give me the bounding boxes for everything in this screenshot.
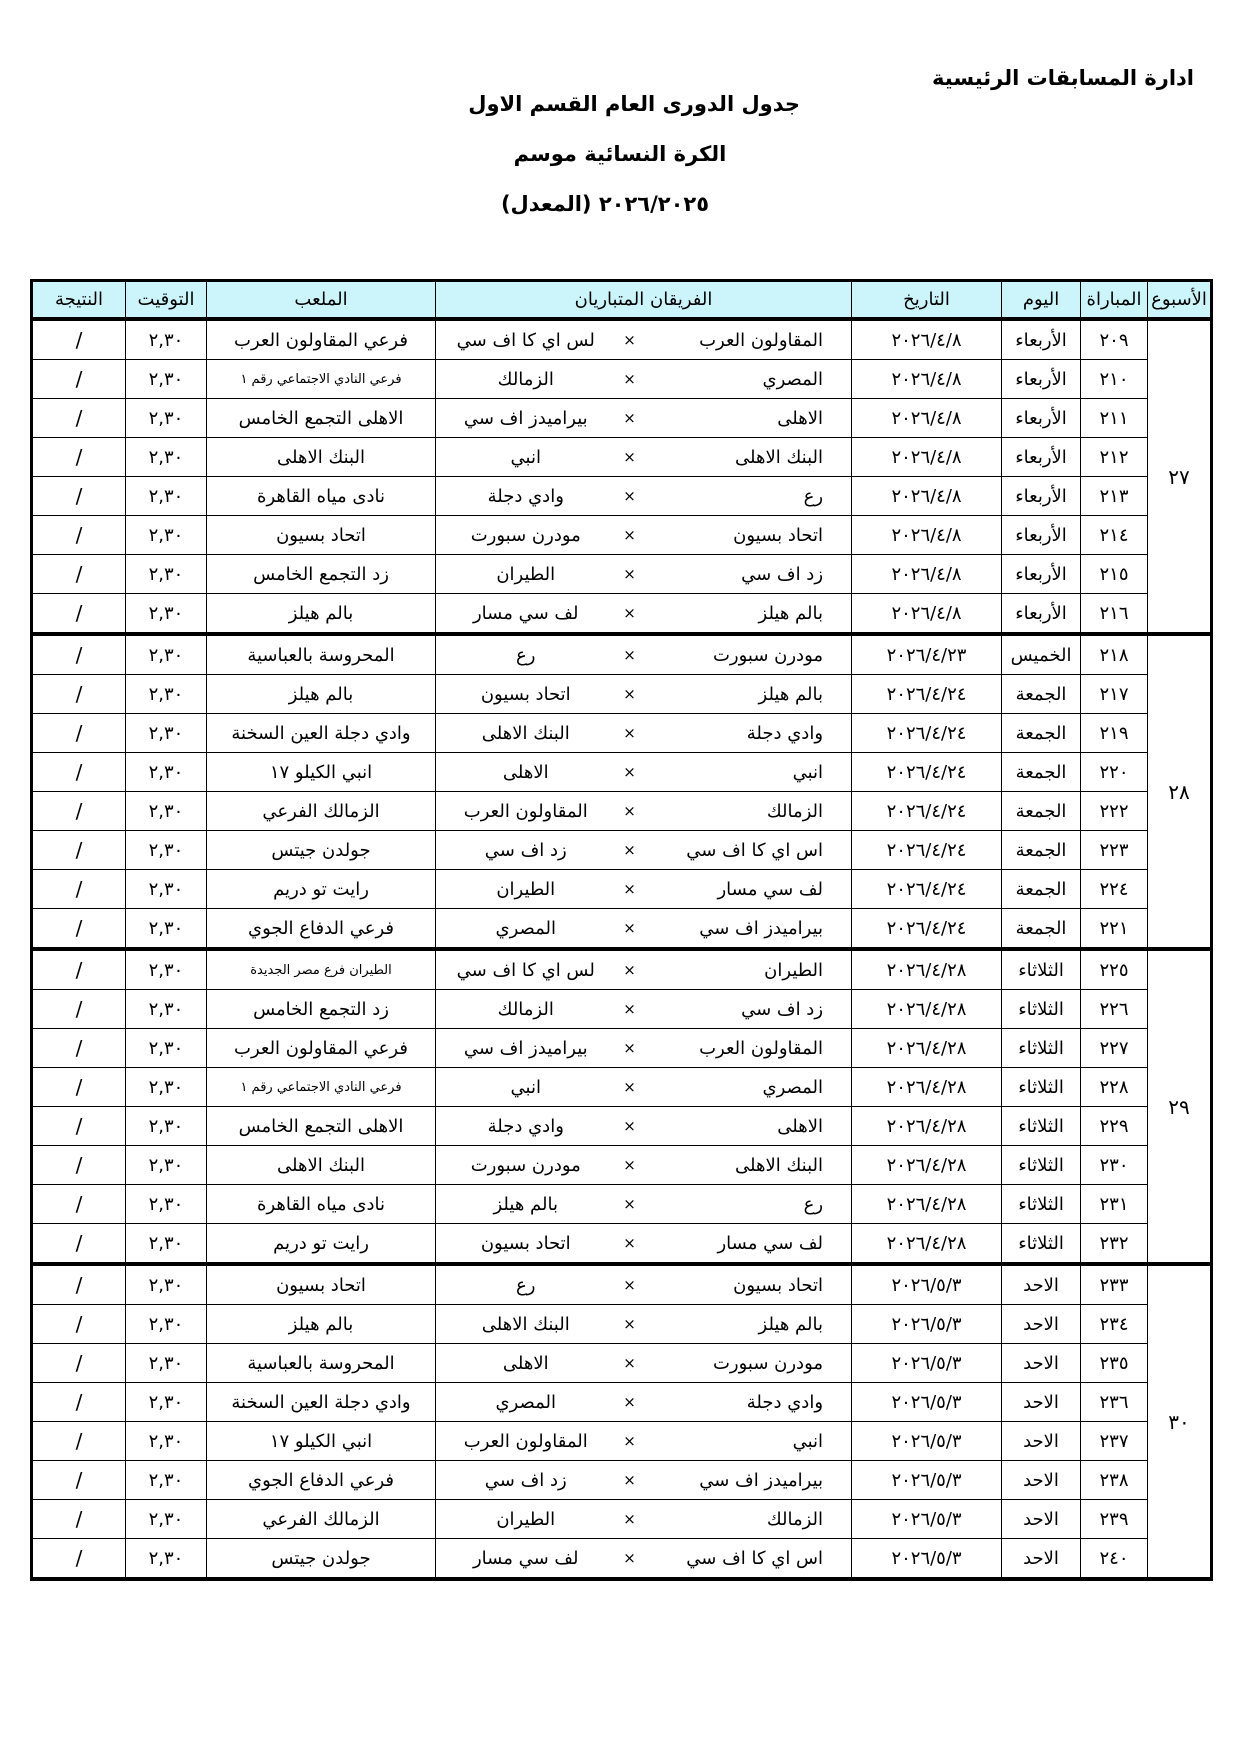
match-day: الثلاثاء [1002, 949, 1081, 990]
match-number: ٢٢٤ [1081, 870, 1148, 909]
stadium: المحروسة بالعباسية [207, 1344, 436, 1383]
table-row: ٢٤٠الاحد٢٠٢٦/٥/٣اس اي كا اف سي×لف سي مسا… [32, 1539, 1212, 1580]
match-result: / [32, 1383, 126, 1422]
stadium: بالم هيلز [207, 1305, 436, 1344]
table-row: ٢٢٢الجمعة٢٠٢٦/٤/٢٤الزمالك×المقاولون العر… [32, 792, 1212, 831]
match-date: ٢٠٢٦/٤/٨ [852, 319, 1002, 360]
stadium: جولدن جيتس [207, 1539, 436, 1580]
vs-icon: × [616, 399, 644, 438]
home-team: انبي [644, 1422, 852, 1461]
match-day: الجمعة [1002, 909, 1081, 950]
title-line-2: الكرة النسائية موسم [490, 142, 750, 166]
home-team: وادي دجلة [644, 1383, 852, 1422]
table-row: ٢١٤الأربعاء٢٠٢٦/٤/٨اتحاد بسيون×مودرن سبو… [32, 516, 1212, 555]
match-time: ٢,٣٠ [126, 714, 207, 753]
match-number: ٢١٢ [1081, 438, 1148, 477]
vs-icon: × [616, 1500, 644, 1539]
match-result: / [32, 831, 126, 870]
away-team: بالم هيلز [436, 1185, 616, 1224]
table-row: ٢٧٢٠٩الأربعاء٢٠٢٦/٤/٨المقاولون العرب×لس … [32, 319, 1212, 360]
match-result: / [32, 1029, 126, 1068]
match-result: / [32, 753, 126, 792]
stadium: البنك الاهلى [207, 1146, 436, 1185]
week-number: ٢٧ [1148, 319, 1212, 634]
home-team: الاهلى [644, 1107, 852, 1146]
vs-icon: × [616, 753, 644, 792]
stadium: وادي دجلة العين السخنة [207, 714, 436, 753]
match-day: الجمعة [1002, 870, 1081, 909]
week-number: ٢٩ [1148, 949, 1212, 1264]
home-team: مودرن سبورت [644, 634, 852, 675]
match-day: الاحد [1002, 1500, 1081, 1539]
match-date: ٢٠٢٦/٥/٣ [852, 1539, 1002, 1580]
match-day: الثلاثاء [1002, 1146, 1081, 1185]
match-time: ٢,٣٠ [126, 1305, 207, 1344]
match-result: / [32, 634, 126, 675]
match-number: ٢٣٩ [1081, 1500, 1148, 1539]
match-day: الأربعاء [1002, 399, 1081, 438]
away-team: اتحاد بسيون [436, 1224, 616, 1265]
match-number: ٢١٨ [1081, 634, 1148, 675]
match-date: ٢٠٢٦/٤/٢٨ [852, 1029, 1002, 1068]
vs-icon: × [616, 675, 644, 714]
match-date: ٢٠٢٦/٤/٢٨ [852, 1107, 1002, 1146]
col-date: التاريخ [852, 281, 1002, 320]
match-date: ٢٠٢٦/٤/٨ [852, 360, 1002, 399]
match-number: ٢٢٧ [1081, 1029, 1148, 1068]
vs-icon: × [616, 634, 644, 675]
away-team: لف سي مسار [436, 1539, 616, 1580]
table-row: ٢٣٦الاحد٢٠٢٦/٥/٣وادي دجلة×المصريوادي دجل… [32, 1383, 1212, 1422]
stadium: رايت تو دريم [207, 870, 436, 909]
stadium: وادي دجلة العين السخنة [207, 1383, 436, 1422]
match-number: ٢٣٦ [1081, 1383, 1148, 1422]
match-number: ٢٢٩ [1081, 1107, 1148, 1146]
home-team: مودرن سبورت [644, 1344, 852, 1383]
table-row: ٢٢٣الجمعة٢٠٢٦/٤/٢٤اس اي كا اف سي×زد اف س… [32, 831, 1212, 870]
match-time: ٢,٣٠ [126, 753, 207, 792]
away-team: البنك الاهلى [436, 1305, 616, 1344]
match-time: ٢,٣٠ [126, 990, 207, 1029]
match-date: ٢٠٢٦/٤/٢٤ [852, 831, 1002, 870]
match-result: / [32, 1264, 126, 1305]
vs-icon: × [616, 1146, 644, 1185]
match-result: / [32, 399, 126, 438]
match-time: ٢,٣٠ [126, 594, 207, 635]
match-number: ٢٢٠ [1081, 753, 1148, 792]
away-team: مودرن سبورت [436, 1146, 616, 1185]
away-team: الزمالك [436, 990, 616, 1029]
match-time: ٢,٣٠ [126, 1029, 207, 1068]
home-team: لف سي مسار [644, 870, 852, 909]
match-date: ٢٠٢٦/٤/٢٤ [852, 675, 1002, 714]
match-day: الخميس [1002, 634, 1081, 675]
match-time: ٢,٣٠ [126, 1344, 207, 1383]
match-day: الجمعة [1002, 831, 1081, 870]
table-row: ٢٣٩الاحد٢٠٢٦/٥/٣الزمالك×الطيرانالزمالك ا… [32, 1500, 1212, 1539]
match-number: ٢٢٥ [1081, 949, 1148, 990]
home-team: المقاولون العرب [644, 1029, 852, 1068]
vs-icon: × [616, 1422, 644, 1461]
home-team: المقاولون العرب [644, 319, 852, 360]
table-row: ٢٣٤الاحد٢٠٢٦/٥/٣بالم هيلز×البنك الاهلىبا… [32, 1305, 1212, 1344]
stadium: الزمالك الفرعي [207, 1500, 436, 1539]
away-team: لس اي كا اف سي [436, 949, 616, 990]
match-date: ٢٠٢٦/٥/٣ [852, 1383, 1002, 1422]
stadium: فرعي المقاولون العرب [207, 319, 436, 360]
home-team: وادي دجلة [644, 714, 852, 753]
table-row: ٢١٣الأربعاء٢٠٢٦/٤/٨رع×وادي دجلةنادى مياه… [32, 477, 1212, 516]
away-team: رع [436, 634, 616, 675]
vs-icon: × [616, 714, 644, 753]
match-date: ٢٠٢٦/٤/٨ [852, 594, 1002, 635]
home-team: اس اي كا اف سي [644, 831, 852, 870]
match-result: / [32, 909, 126, 950]
match-result: / [32, 1068, 126, 1107]
match-result: / [32, 675, 126, 714]
vs-icon: × [616, 319, 644, 360]
match-number: ٢٣٢ [1081, 1224, 1148, 1265]
match-time: ٢,٣٠ [126, 1422, 207, 1461]
match-time: ٢,٣٠ [126, 1383, 207, 1422]
match-number: ٢١٤ [1081, 516, 1148, 555]
away-team: لس اي كا اف سي [436, 319, 616, 360]
home-team: بيراميدز اف سي [644, 1461, 852, 1500]
table-row: ٢٣٢الثلاثاء٢٠٢٦/٤/٢٨لف سي مسار×اتحاد بسي… [32, 1224, 1212, 1265]
away-team: انبي [436, 1068, 616, 1107]
table-header-row: الأسبوع المباراة اليوم التاريخ الفريقان … [32, 281, 1212, 320]
home-team: اتحاد بسيون [644, 1264, 852, 1305]
match-number: ٢٠٩ [1081, 319, 1148, 360]
match-result: / [32, 1146, 126, 1185]
stadium: المحروسة بالعباسية [207, 634, 436, 675]
match-day: الثلاثاء [1002, 990, 1081, 1029]
match-number: ٢١٩ [1081, 714, 1148, 753]
match-result: / [32, 438, 126, 477]
home-team: انبي [644, 753, 852, 792]
vs-icon: × [616, 1461, 644, 1500]
match-number: ٢١٥ [1081, 555, 1148, 594]
vs-icon: × [616, 831, 644, 870]
table-row: ٢٢٠الجمعة٢٠٢٦/٤/٢٤انبي×الاهلىانبي الكيلو… [32, 753, 1212, 792]
match-date: ٢٠٢٦/٤/٢٨ [852, 1146, 1002, 1185]
col-day: اليوم [1002, 281, 1081, 320]
match-number: ٢١٠ [1081, 360, 1148, 399]
stadium: انبي الكيلو ١٧ [207, 1422, 436, 1461]
match-number: ٢٢٨ [1081, 1068, 1148, 1107]
match-time: ٢,٣٠ [126, 634, 207, 675]
stadium: نادى مياه القاهرة [207, 477, 436, 516]
match-time: ٢,٣٠ [126, 1500, 207, 1539]
match-day: الاحد [1002, 1344, 1081, 1383]
vs-icon: × [616, 1029, 644, 1068]
match-time: ٢,٣٠ [126, 1107, 207, 1146]
week-number: ٣٠ [1148, 1264, 1212, 1579]
stadium: زد التجمع الخامس [207, 555, 436, 594]
match-day: الثلاثاء [1002, 1224, 1081, 1265]
away-team: رع [436, 1264, 616, 1305]
col-match: المباراة [1081, 281, 1148, 320]
match-number: ٢٢٦ [1081, 990, 1148, 1029]
away-team: زد اف سي [436, 831, 616, 870]
away-team: الزمالك [436, 360, 616, 399]
vs-icon: × [616, 1224, 644, 1265]
match-result: / [32, 990, 126, 1029]
schedule-table: الأسبوع المباراة اليوم التاريخ الفريقان … [30, 279, 1213, 1581]
match-number: ٢٣٧ [1081, 1422, 1148, 1461]
match-result: / [32, 949, 126, 990]
match-date: ٢٠٢٦/٤/٢٨ [852, 990, 1002, 1029]
away-team: الطيران [436, 870, 616, 909]
match-time: ٢,٣٠ [126, 1264, 207, 1305]
stadium: فرعي الدفاع الجوي [207, 1461, 436, 1500]
home-team: الاهلى [644, 399, 852, 438]
match-time: ٢,٣٠ [126, 870, 207, 909]
match-date: ٢٠٢٦/٤/٢٤ [852, 792, 1002, 831]
stadium: فرعي النادي الاجتماعي رقم ١ [207, 360, 436, 399]
vs-icon: × [616, 555, 644, 594]
away-team: لف سي مسار [436, 594, 616, 635]
away-team: الاهلى [436, 1344, 616, 1383]
match-time: ٢,٣٠ [126, 1146, 207, 1185]
stadium: بالم هيلز [207, 675, 436, 714]
title-line-1: جدول الدورى العام القسم الاول [470, 92, 800, 116]
table-row: ٢١٦الأربعاء٢٠٢٦/٤/٨بالم هيلز×لف سي مسارب… [32, 594, 1212, 635]
away-team: المصري [436, 909, 616, 950]
match-number: ٢٣٤ [1081, 1305, 1148, 1344]
stadium: بالم هيلز [207, 594, 436, 635]
home-team: البنك الاهلى [644, 1146, 852, 1185]
match-number: ٢٤٠ [1081, 1539, 1148, 1580]
match-result: / [32, 1500, 126, 1539]
match-date: ٢٠٢٦/٤/٢٨ [852, 1224, 1002, 1265]
match-date: ٢٠٢٦/٤/٢٨ [852, 1068, 1002, 1107]
vs-icon: × [616, 949, 644, 990]
vs-icon: × [616, 870, 644, 909]
table-row: ٢٣٠الثلاثاء٢٠٢٦/٤/٢٨البنك الاهلى×مودرن س… [32, 1146, 1212, 1185]
away-team: اتحاد بسيون [436, 675, 616, 714]
match-time: ٢,٣٠ [126, 360, 207, 399]
match-date: ٢٠٢٦/٥/٣ [852, 1344, 1002, 1383]
match-date: ٢٠٢٦/٥/٣ [852, 1422, 1002, 1461]
table-row: ٢٢٨الثلاثاء٢٠٢٦/٤/٢٨المصري×انبيفرعي النا… [32, 1068, 1212, 1107]
away-team: المقاولون العرب [436, 792, 616, 831]
match-time: ٢,٣٠ [126, 792, 207, 831]
table-row: ٢١١الأربعاء٢٠٢٦/٤/٨الاهلى×بيراميدز اف سي… [32, 399, 1212, 438]
vs-icon: × [616, 1185, 644, 1224]
match-date: ٢٠٢٦/٤/٨ [852, 555, 1002, 594]
home-team: رع [644, 477, 852, 516]
stadium: الزمالك الفرعي [207, 792, 436, 831]
col-time: التوقيت [126, 281, 207, 320]
match-number: ٢١٧ [1081, 675, 1148, 714]
home-team: الطيران [644, 949, 852, 990]
match-day: الأربعاء [1002, 319, 1081, 360]
col-result: النتيجة [32, 281, 126, 320]
match-time: ٢,٣٠ [126, 909, 207, 950]
vs-icon: × [616, 438, 644, 477]
stadium: اتحاد بسيون [207, 516, 436, 555]
match-day: الاحد [1002, 1383, 1081, 1422]
match-number: ٢٣٣ [1081, 1264, 1148, 1305]
organization-name: ادارة المسابقات الرئيسية [932, 66, 1194, 90]
match-result: / [32, 792, 126, 831]
vs-icon: × [616, 792, 644, 831]
match-time: ٢,٣٠ [126, 1461, 207, 1500]
col-teams: الفريقان المتباريان [436, 281, 852, 320]
match-day: الجمعة [1002, 753, 1081, 792]
match-result: / [32, 870, 126, 909]
match-day: الجمعة [1002, 714, 1081, 753]
away-team: زد اف سي [436, 1461, 616, 1500]
match-result: / [32, 594, 126, 635]
table-row: ٢٢٤الجمعة٢٠٢٦/٤/٢٤لف سي مسار×الطيرانرايت… [32, 870, 1212, 909]
vs-icon: × [616, 1107, 644, 1146]
vs-icon: × [616, 1305, 644, 1344]
table-row: ٢٢٩الثلاثاء٢٠٢٦/٤/٢٨الاهلى×وادي دجلةالاه… [32, 1107, 1212, 1146]
week-number: ٢٨ [1148, 634, 1212, 949]
stadium: جولدن جيتس [207, 831, 436, 870]
vs-icon: × [616, 516, 644, 555]
stadium: الاهلى التجمع الخامس [207, 399, 436, 438]
match-time: ٢,٣٠ [126, 1185, 207, 1224]
match-time: ٢,٣٠ [126, 1539, 207, 1580]
match-date: ٢٠٢٦/٤/٨ [852, 399, 1002, 438]
vs-icon: × [616, 1539, 644, 1580]
match-day: الاحد [1002, 1305, 1081, 1344]
table-row: ٢٣١الثلاثاء٢٠٢٦/٤/٢٨رع×بالم هيلزنادى ميا… [32, 1185, 1212, 1224]
match-result: / [32, 714, 126, 753]
match-number: ٢٣١ [1081, 1185, 1148, 1224]
match-time: ٢,٣٠ [126, 831, 207, 870]
away-team: بيراميدز اف سي [436, 399, 616, 438]
away-team: الطيران [436, 555, 616, 594]
stadium: نادى مياه القاهرة [207, 1185, 436, 1224]
home-team: بالم هيلز [644, 1305, 852, 1344]
match-number: ٢٣٠ [1081, 1146, 1148, 1185]
table-row: ٢١٠الأربعاء٢٠٢٦/٤/٨المصري×الزمالكفرعي ال… [32, 360, 1212, 399]
away-team: المقاولون العرب [436, 1422, 616, 1461]
match-result: / [32, 1224, 126, 1265]
home-team: زد اف سي [644, 555, 852, 594]
home-team: البنك الاهلى [644, 438, 852, 477]
away-team: وادي دجلة [436, 1107, 616, 1146]
match-day: الجمعة [1002, 792, 1081, 831]
away-team: بيراميدز اف سي [436, 1029, 616, 1068]
home-team: بيراميدز اف سي [644, 909, 852, 950]
match-day: الأربعاء [1002, 555, 1081, 594]
match-day: الاحد [1002, 1422, 1081, 1461]
table-row: ٢٢٦الثلاثاء٢٠٢٦/٤/٢٨زد اف سي×الزمالكزد ا… [32, 990, 1212, 1029]
stadium: رايت تو دريم [207, 1224, 436, 1265]
match-number: ٢٢١ [1081, 909, 1148, 950]
away-team: الاهلى [436, 753, 616, 792]
away-team: المصري [436, 1383, 616, 1422]
stadium: انبي الكيلو ١٧ [207, 753, 436, 792]
match-day: الثلاثاء [1002, 1068, 1081, 1107]
match-date: ٢٠٢٦/٤/٢٨ [852, 1185, 1002, 1224]
match-time: ٢,٣٠ [126, 555, 207, 594]
table-row: ٢٢٧الثلاثاء٢٠٢٦/٤/٢٨المقاولون العرب×بيرا… [32, 1029, 1212, 1068]
home-team: لف سي مسار [644, 1224, 852, 1265]
home-team: اتحاد بسيون [644, 516, 852, 555]
vs-icon: × [616, 1383, 644, 1422]
table-row: ٢٢١الجمعة٢٠٢٦/٤/٢٤بيراميدز اف سي×المصريف… [32, 909, 1212, 950]
match-day: الاحد [1002, 1264, 1081, 1305]
match-day: الثلاثاء [1002, 1029, 1081, 1068]
match-day: الأربعاء [1002, 516, 1081, 555]
match-day: الأربعاء [1002, 360, 1081, 399]
stadium: البنك الاهلى [207, 438, 436, 477]
match-time: ٢,٣٠ [126, 1068, 207, 1107]
match-date: ٢٠٢٦/٥/٣ [852, 1461, 1002, 1500]
home-team: رع [644, 1185, 852, 1224]
match-time: ٢,٣٠ [126, 438, 207, 477]
match-result: / [32, 1422, 126, 1461]
match-result: / [32, 1185, 126, 1224]
match-date: ٢٠٢٦/٥/٣ [852, 1305, 1002, 1344]
away-team: انبي [436, 438, 616, 477]
match-time: ٢,٣٠ [126, 949, 207, 990]
home-team: المصري [644, 1068, 852, 1107]
match-day: الاحد [1002, 1461, 1081, 1500]
vs-icon: × [616, 990, 644, 1029]
vs-icon: × [616, 477, 644, 516]
match-result: / [32, 1107, 126, 1146]
away-team: وادي دجلة [436, 477, 616, 516]
match-number: ٢١٦ [1081, 594, 1148, 635]
table-row: ٢٨٢١٨الخميس٢٠٢٦/٤/٢٣مودرن سبورت×رعالمحرو… [32, 634, 1212, 675]
match-date: ٢٠٢٦/٤/٨ [852, 516, 1002, 555]
home-team: زد اف سي [644, 990, 852, 1029]
match-day: الأربعاء [1002, 438, 1081, 477]
match-number: ٢١١ [1081, 399, 1148, 438]
match-date: ٢٠٢٦/٤/٨ [852, 477, 1002, 516]
match-date: ٢٠٢٦/٤/٢٤ [852, 753, 1002, 792]
stadium: فرعي النادي الاجتماعي رقم ١ [207, 1068, 436, 1107]
vs-icon: × [616, 594, 644, 635]
match-number: ٢٣٨ [1081, 1461, 1148, 1500]
title-line-3: ٢٠٢٦/٢٠٢٥ (المعدل) [480, 192, 730, 216]
match-day: الأربعاء [1002, 477, 1081, 516]
match-date: ٢٠٢٦/٥/٣ [852, 1500, 1002, 1539]
match-number: ٢١٣ [1081, 477, 1148, 516]
match-time: ٢,٣٠ [126, 675, 207, 714]
match-result: / [32, 555, 126, 594]
match-date: ٢٠٢٦/٤/٢٨ [852, 949, 1002, 990]
match-number: ٢٢٣ [1081, 831, 1148, 870]
match-result: / [32, 1539, 126, 1580]
away-team: مودرن سبورت [436, 516, 616, 555]
match-time: ٢,٣٠ [126, 319, 207, 360]
match-time: ٢,٣٠ [126, 399, 207, 438]
match-result: / [32, 477, 126, 516]
match-date: ٢٠٢٦/٥/٣ [852, 1264, 1002, 1305]
table-row: ٢١٧الجمعة٢٠٢٦/٤/٢٤بالم هيلز×اتحاد بسيونب… [32, 675, 1212, 714]
stadium: فرعي المقاولون العرب [207, 1029, 436, 1068]
match-result: / [32, 319, 126, 360]
match-time: ٢,٣٠ [126, 477, 207, 516]
match-day: الأربعاء [1002, 594, 1081, 635]
table-row: ٢٣٧الاحد٢٠٢٦/٥/٣انبي×المقاولون العربانبي… [32, 1422, 1212, 1461]
stadium: الطيران فرع مصر الجديدة [207, 949, 436, 990]
vs-icon: × [616, 909, 644, 950]
match-number: ٢٣٥ [1081, 1344, 1148, 1383]
match-date: ٢٠٢٦/٤/٢٣ [852, 634, 1002, 675]
away-team: الطيران [436, 1500, 616, 1539]
vs-icon: × [616, 1344, 644, 1383]
match-date: ٢٠٢٦/٤/٢٤ [852, 909, 1002, 950]
